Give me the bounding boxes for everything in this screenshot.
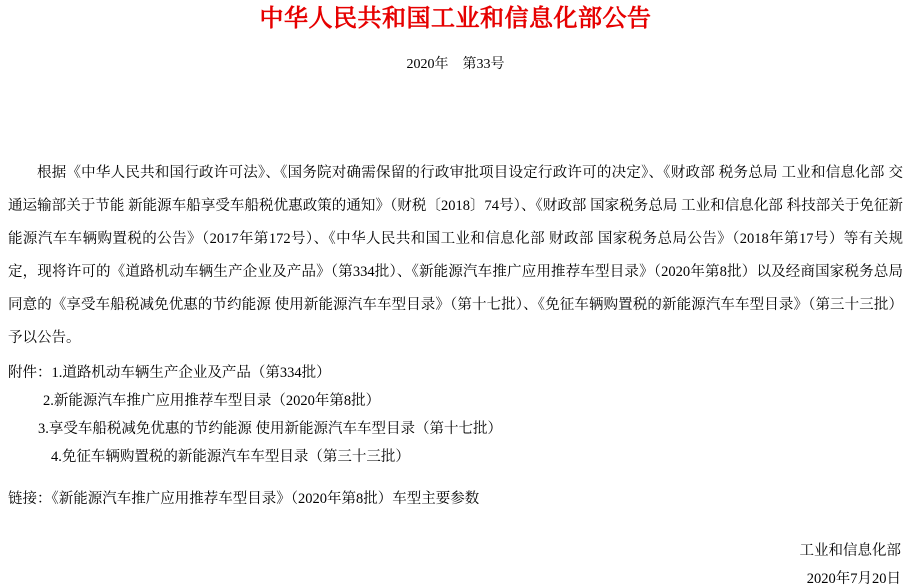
body-paragraph: 根据《中华人民共和国行政许可法》、《国务院对确需保留的行政审批项目设定行政许可的…: [8, 157, 903, 355]
announcement-document: 中华人民共和国工业和信息化部公告 2020年 第33号 根据《中华人民共和国行政…: [0, 5, 911, 585]
attachment-item-4: 4.免征车辆购置税的新能源汽车车型目录（第三十三批）: [8, 443, 903, 471]
signature-block: 工业和信息化部 2020年7月20日: [8, 537, 903, 585]
attachment-item-2: 2.新能源汽车推广应用推荐车型目录（2020年第8批）: [8, 387, 903, 415]
attachment-item-1-text: 1.道路机动车辆生产企业及产品（第334批）: [52, 365, 331, 381]
page-title: 中华人民共和国工业和信息化部公告: [8, 5, 903, 33]
model-parameters-link[interactable]: 《新能源汽车推广应用推荐车型目录》（2020年第8批）车型主要参数: [52, 491, 480, 507]
attachment-item-3: 3.享受车船税减免优惠的节约能源 使用新能源汽车车型目录（第十七批）: [8, 415, 903, 443]
link-line: 链接：《新能源汽车推广应用推荐车型目录》（2020年第8批）车型主要参数: [8, 485, 903, 513]
attachment-item-1: 附件：1.道路机动车辆生产企业及产品（第334批）: [8, 359, 903, 387]
attachments-label: 附件：: [8, 365, 52, 381]
link-label: 链接：: [8, 491, 52, 507]
issuing-authority: 工业和信息化部: [8, 537, 901, 565]
issue-number: 2020年 第33号: [8, 55, 903, 75]
attachments-list: 附件：1.道路机动车辆生产企业及产品（第334批） 2.新能源汽车推广应用推荐车…: [8, 359, 903, 471]
issue-date: 2020年7月20日: [8, 565, 901, 585]
